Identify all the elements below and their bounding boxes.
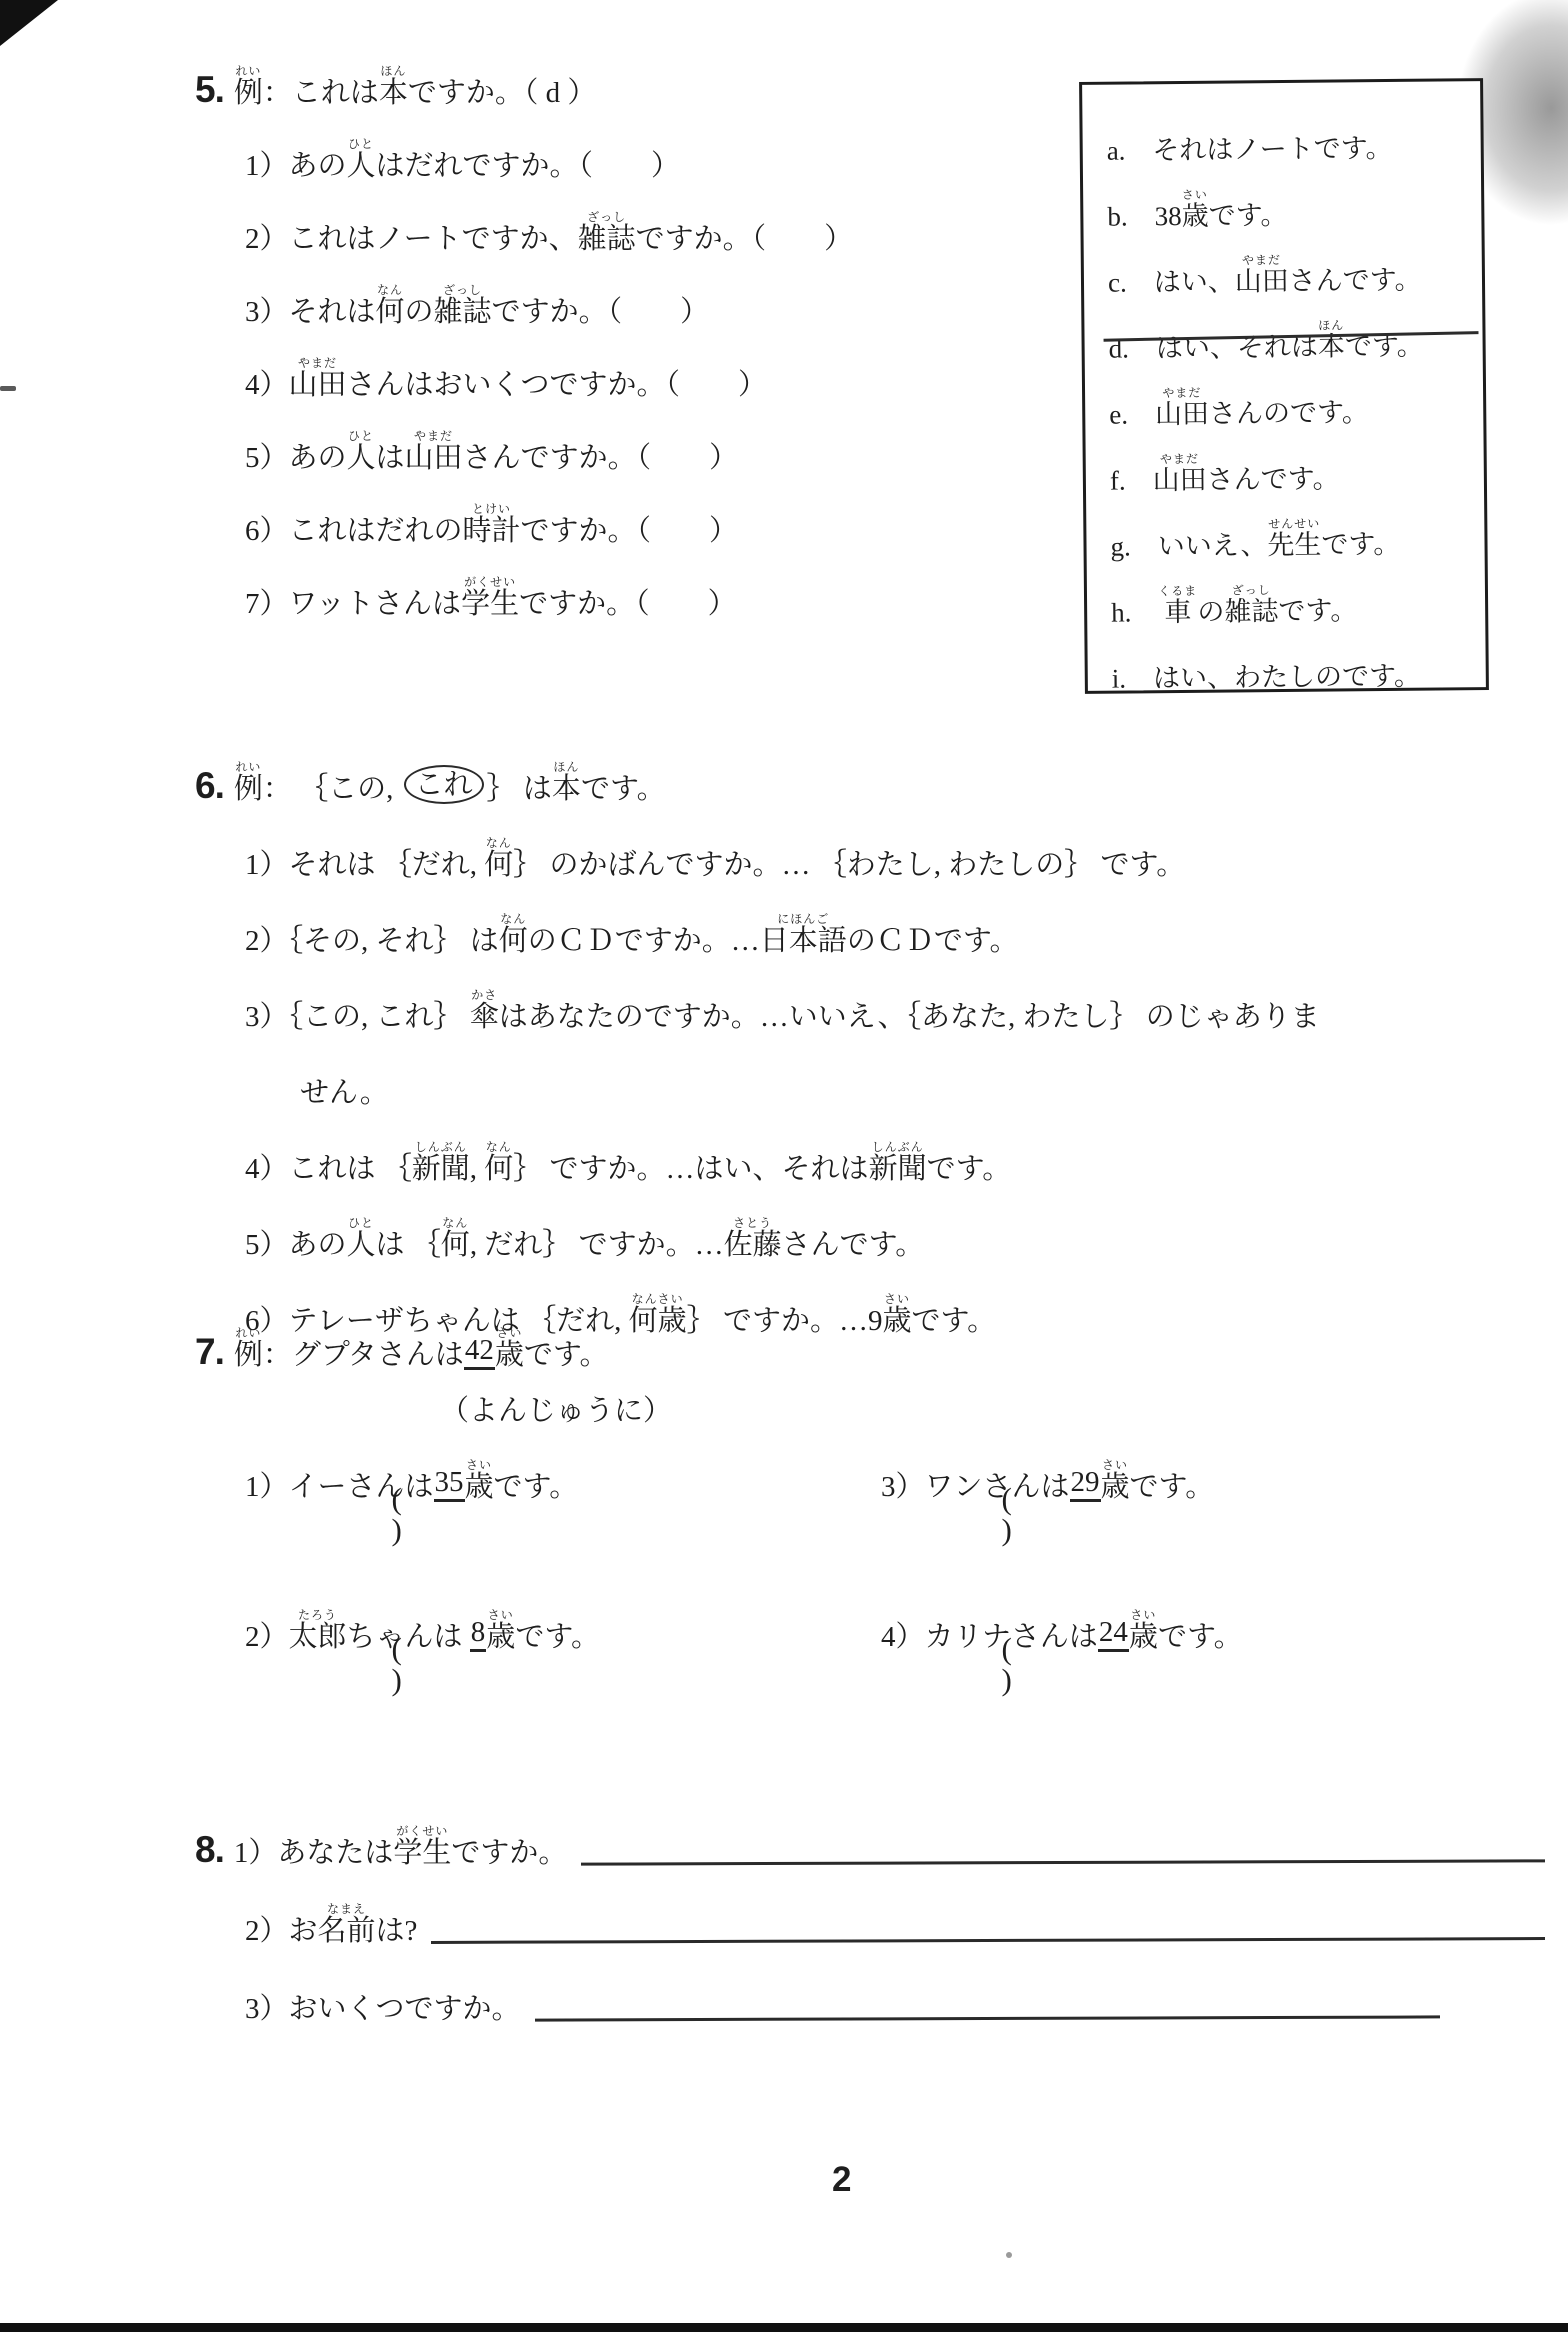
s8-question-1: 1）あなたは学生がくせいですか。: [234, 1824, 568, 1868]
s8-answer-line-3: [535, 2015, 1440, 2021]
s8-answer-line-1: [581, 1859, 1545, 1865]
s5-item-4: 4）山田やまださんはおいくつですか。（ ）: [245, 327, 853, 400]
page-number: 2: [832, 2160, 851, 2200]
s5-item-3: 3）それは何なんの雑誌ざっしですか。（ ）: [245, 254, 853, 327]
s6-item-5: 5）あの人ひとは ｛何なん, だれ｝ ですか。…佐藤さとうさんです。: [245, 1184, 1320, 1260]
s8-answer-line-2: [431, 1937, 1545, 1944]
s8-item-1: 8. 1）あなたは学生がくせいですか。: [195, 1790, 1545, 1868]
section-6-number: 6.: [195, 767, 224, 804]
open-paren: (: [1002, 1633, 1012, 1664]
s5-item-5: 5）あの人ひとは山田やまださんですか。（ ）: [245, 400, 853, 473]
s7-answer-blank-2: ( ): [345, 1602, 685, 1726]
s8-item-3: 3）おいくつですか。: [195, 1946, 1545, 2024]
section-7: 7. 例れい：グプタさんは42歳さいです。 （よんじゅうに） 1）イーさんは35…: [195, 1290, 1545, 1726]
section-8: 8. 1）あなたは学生がくせいですか。 2）お名前なまえは? 3）おいくつですか…: [195, 1790, 1545, 2024]
s6-item-3-continuation: せん。: [300, 1032, 1320, 1108]
section-6-example-text: 例れい： ｛この, これ｝ は本ほんです。: [234, 760, 666, 804]
reading-text: （よんじゅうに）: [440, 1397, 672, 1426]
box-item-i: i. はい、わたしのです。: [1111, 623, 1486, 693]
section-5-number: 5.: [195, 71, 224, 108]
section-5-example-text: 例れい：これは本ほんですか。（ d ）: [234, 64, 597, 108]
box-item-c: c. はい、山田やまださんです。: [1108, 227, 1483, 297]
section-5: 5. 例れい：これは本ほんですか。（ d ） 1）あの人ひとはだれですか。（ ）…: [195, 50, 853, 619]
s5-item-1: 1）あの人ひとはだれですか。（ ）: [245, 108, 853, 181]
s7-answer-row-2: ( ) ( ): [195, 1652, 1545, 1726]
s6-item-4: 4）これは ｛新聞しんぶん, 何なん｝ ですか。…はい、それは新聞しんぶんです。: [245, 1108, 1320, 1184]
workbook-page: { "page": {"number": "2"}, "s5": { "num"…: [0, 0, 1568, 2332]
s5-item-7: 7）ワットさんは学生がくせいですか。（ ）: [245, 546, 853, 619]
section-8-number: 8.: [195, 1831, 224, 1868]
section-6-example: 6. 例れい： ｛この, これ｝ は本ほんです。: [195, 720, 1320, 804]
section-5-example: 5. 例れい：これは本ほんですか。（ d ）: [195, 50, 853, 108]
close-paren: ): [1002, 1514, 1012, 1545]
section-7-example: 7. 例れい：グプタさんは42歳さいです。: [195, 1290, 1545, 1370]
s8-question-3: 3）おいくつですか。: [245, 1995, 521, 2024]
s8-item-2: 2）お名前なまえは?: [195, 1868, 1545, 1946]
section-7-number: 7.: [195, 1333, 224, 1370]
open-paren: (: [1002, 1483, 1012, 1514]
close-paren: ): [392, 1514, 402, 1545]
open-paren: (: [392, 1633, 402, 1664]
s6-item-1: 1）それは ｛だれ, 何なん｝ のかばんですか。… ｛わたし, わたしの｝ です…: [245, 804, 1320, 880]
s7-answer-blank-1: ( ): [345, 1452, 685, 1576]
open-paren: (: [392, 1483, 402, 1514]
s7-example-reading: （よんじゅうに）: [440, 1370, 1545, 1426]
s8-question-2: 2）お名前なまえは?: [245, 1902, 417, 1946]
box-item-h: h. 車くるまの雑誌ざっしです。: [1111, 557, 1486, 627]
answer-choice-box: a. それはノートです。 b. 38歳さいです。 c. はい、山田やまださんです…: [1079, 78, 1489, 694]
scan-edge-dash: [0, 386, 16, 391]
s7-answer-row-1: ( ) ( ): [195, 1502, 1545, 1576]
close-paren: ): [1002, 1664, 1012, 1695]
box-item-b: b. 38歳さいです。: [1107, 161, 1482, 231]
s7-answer-blank-3: ( ): [955, 1452, 1295, 1576]
s6-item-3: 3）｛この, これ｝ 傘かさはあなたのですか。…いいえ、｛あなた, わたし｝ の…: [245, 956, 1320, 1032]
close-paren: ): [392, 1664, 402, 1695]
scan-corner-artifact: [0, 0, 58, 46]
s5-item-6: 6）これはだれの時計とけいですか。（ ）: [245, 473, 853, 546]
box-item-a: a. それはノートです。: [1106, 95, 1481, 165]
s5-item-2: 2）これはノートですか、雑誌ざっしですか。（ ）: [245, 181, 853, 254]
box-item-g: g. いいえ、先生せんせいです。: [1110, 491, 1485, 561]
s6-item-2: 2）｛その, それ｝ は何なんのＣＤですか。…日本語にほんごのＣＤです。: [245, 880, 1320, 956]
scan-stray-dot: [1006, 2252, 1012, 2258]
s7-answer-blank-4: ( ): [955, 1602, 1295, 1726]
box-item-f: f. 山田やまださんです。: [1109, 425, 1484, 495]
section-6: 6. 例れい： ｛この, これ｝ は本ほんです。 1）それは ｛だれ, 何なん｝…: [195, 720, 1320, 1336]
box-item-d-crossed-out: d. はい、それは本ほんです。: [1108, 293, 1483, 363]
box-item-e: e. 山田やまださんのです。: [1109, 359, 1484, 429]
scan-edge-bar: [0, 2323, 1568, 2332]
section-7-example-text: 例れい：グプタさんは42歳さいです。: [234, 1326, 609, 1370]
